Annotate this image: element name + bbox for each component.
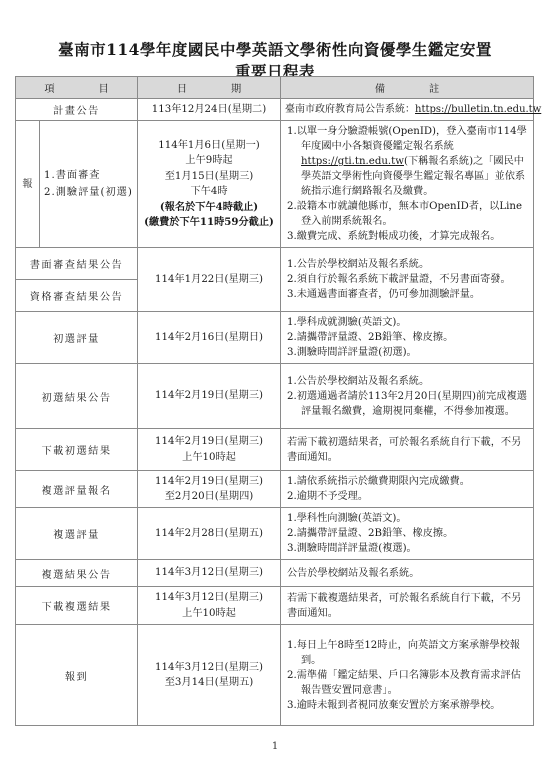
row-note: 1.以單一身分驗證帳號(OpenID)，登入臺南市114學年度國中小各類資優鑑定…: [281, 121, 534, 248]
table-row: 複選評量 114年2月28日(星期五) 1.學科性向測驗(英語文)。 2.請攜帶…: [16, 508, 534, 560]
table-row: 初選結果公告 114年2月19日(星期三) 1.公告於學校網站及報名系統。 2.…: [16, 364, 534, 429]
row-item: 下載初選結果: [16, 429, 138, 471]
row-note: 若需下載初選結果者，可於報名系統自行下載，不另書面通知。: [281, 429, 534, 471]
table-row: 報 1.書面審查 2.測驗評量(初選) 114年1月6日(星期一) 上午9時起 …: [16, 121, 534, 248]
row-item: 初選結果公告: [16, 364, 138, 429]
sub-item: 1.書面審查: [44, 167, 137, 184]
header-date: 日期: [138, 77, 281, 99]
row-date: 114年2月28日(星期五): [138, 508, 281, 560]
row-item: 書面審查結果公告: [16, 248, 138, 280]
row-date: 114年3月12日(星期三) 上午10時起: [138, 587, 281, 625]
table-row: 複選結果公告 114年3月12日(星期三) 公告於學校網站及報名系統。: [16, 560, 534, 587]
registration-link[interactable]: https://gti.tn.edu.tw: [301, 156, 404, 167]
row-group-label: 報: [16, 121, 40, 248]
row-item: 資格審查結果公告: [16, 280, 138, 312]
row-date: 114年1月6日(星期一) 上午9時起 至1月15日(星期三) 下午4時 (報名…: [138, 121, 281, 248]
table-row: 初選評量 114年2月16日(星期日) 1.學科成就測驗(英語文)。 2.請攜帶…: [16, 312, 534, 364]
row-item: 複選評量報名: [16, 471, 138, 508]
row-date: 114年2月19日(星期三) 至2月20日(星期四): [138, 471, 281, 508]
row-date: 114年2月19日(星期三): [138, 364, 281, 429]
row-date: 114年1月22日(星期三): [138, 248, 281, 312]
table-row: 報到 114年3月12日(星期三) 至3月14日(星期五) 1.每日上午8時至1…: [16, 625, 534, 726]
row-note: 若需下載複選結果者，可於報名系統自行下載，不另書面通知。: [281, 587, 534, 625]
document-title: 臺南市114學年度國民中學英語文學術性向資優學生鑑定安置: [0, 38, 550, 60]
page-number: 1: [0, 741, 550, 752]
table-header-row: 項目 日期 備註: [16, 77, 534, 99]
row-note: 1.每日上午8時至12時止，向英語文方案承辦學校報到。 2.需準備「鑑定結果、戶…: [281, 625, 534, 726]
row-item: 計畫公告: [16, 99, 138, 121]
deadline-payment: (繳費於下午11時59分截止): [138, 215, 280, 231]
schedule-table: 項目 日期 備註 計畫公告 113年12月24日(星期二) 臺南市政府教育局公告…: [15, 76, 534, 726]
note-text: 臺南市政府教育局公告系統：: [285, 104, 415, 115]
row-date: 113年12月24日(星期二): [138, 99, 281, 121]
table-row: 計畫公告 113年12月24日(星期二) 臺南市政府教育局公告系統：https:…: [16, 99, 534, 121]
row-item: 初選評量: [16, 312, 138, 364]
table-row: 書面審查結果公告 114年1月22日(星期三) 1.公告於學校網站及報名系統。 …: [16, 248, 534, 280]
deadline-registration: (報名於下午4時截止): [138, 200, 280, 216]
row-note: 1.公告於學校網站及報名系統。 2.初選通過者請於113年2月20日(星期四)前…: [281, 364, 534, 429]
row-note: 1.學科性向測驗(英語文)。 2.請攜帶評量證、2B鉛筆、橡皮擦。 3.測驗時間…: [281, 508, 534, 560]
row-item: 下載複選結果: [16, 587, 138, 625]
row-item: 複選評量: [16, 508, 138, 560]
row-item: 複選結果公告: [16, 560, 138, 587]
row-note: 公告於學校網站及報名系統。: [281, 560, 534, 587]
row-date: 114年2月16日(星期日): [138, 312, 281, 364]
header-note: 備註: [281, 77, 534, 99]
row-item-sublist: 1.書面審查 2.測驗評量(初選): [40, 121, 138, 248]
row-note: 1.學科成就測驗(英語文)。 2.請攜帶評量證、2B鉛筆、橡皮擦。 3.測驗時間…: [281, 312, 534, 364]
row-note: 1.公告於學校網站及報名系統。 2.須自行於報名系統下載評量證，不另書面寄發。 …: [281, 248, 534, 312]
bulletin-link[interactable]: https://bulletin.tn.edu.tw: [415, 104, 541, 115]
table-row: 下載初選結果 114年2月19日(星期三) 上午10時起 若需下載初選結果者，可…: [16, 429, 534, 471]
sub-item: 2.測驗評量(初選): [44, 184, 137, 201]
row-note: 臺南市政府教育局公告系統：https://bulletin.tn.edu.tw: [281, 99, 534, 121]
row-date: 114年3月12日(星期三) 至3月14日(星期五): [138, 625, 281, 726]
header-item: 項目: [16, 77, 138, 99]
row-item: 報到: [16, 625, 138, 726]
table-row: 複選評量報名 114年2月19日(星期三) 至2月20日(星期四) 1.請依系統…: [16, 471, 534, 508]
table-row: 下載複選結果 114年3月12日(星期三) 上午10時起 若需下載複選結果者，可…: [16, 587, 534, 625]
row-date: 114年2月19日(星期三) 上午10時起: [138, 429, 281, 471]
row-note: 1.請依系統指示於繳費期限內完成繳費。 2.逾期不予受理。: [281, 471, 534, 508]
row-date: 114年3月12日(星期三): [138, 560, 281, 587]
